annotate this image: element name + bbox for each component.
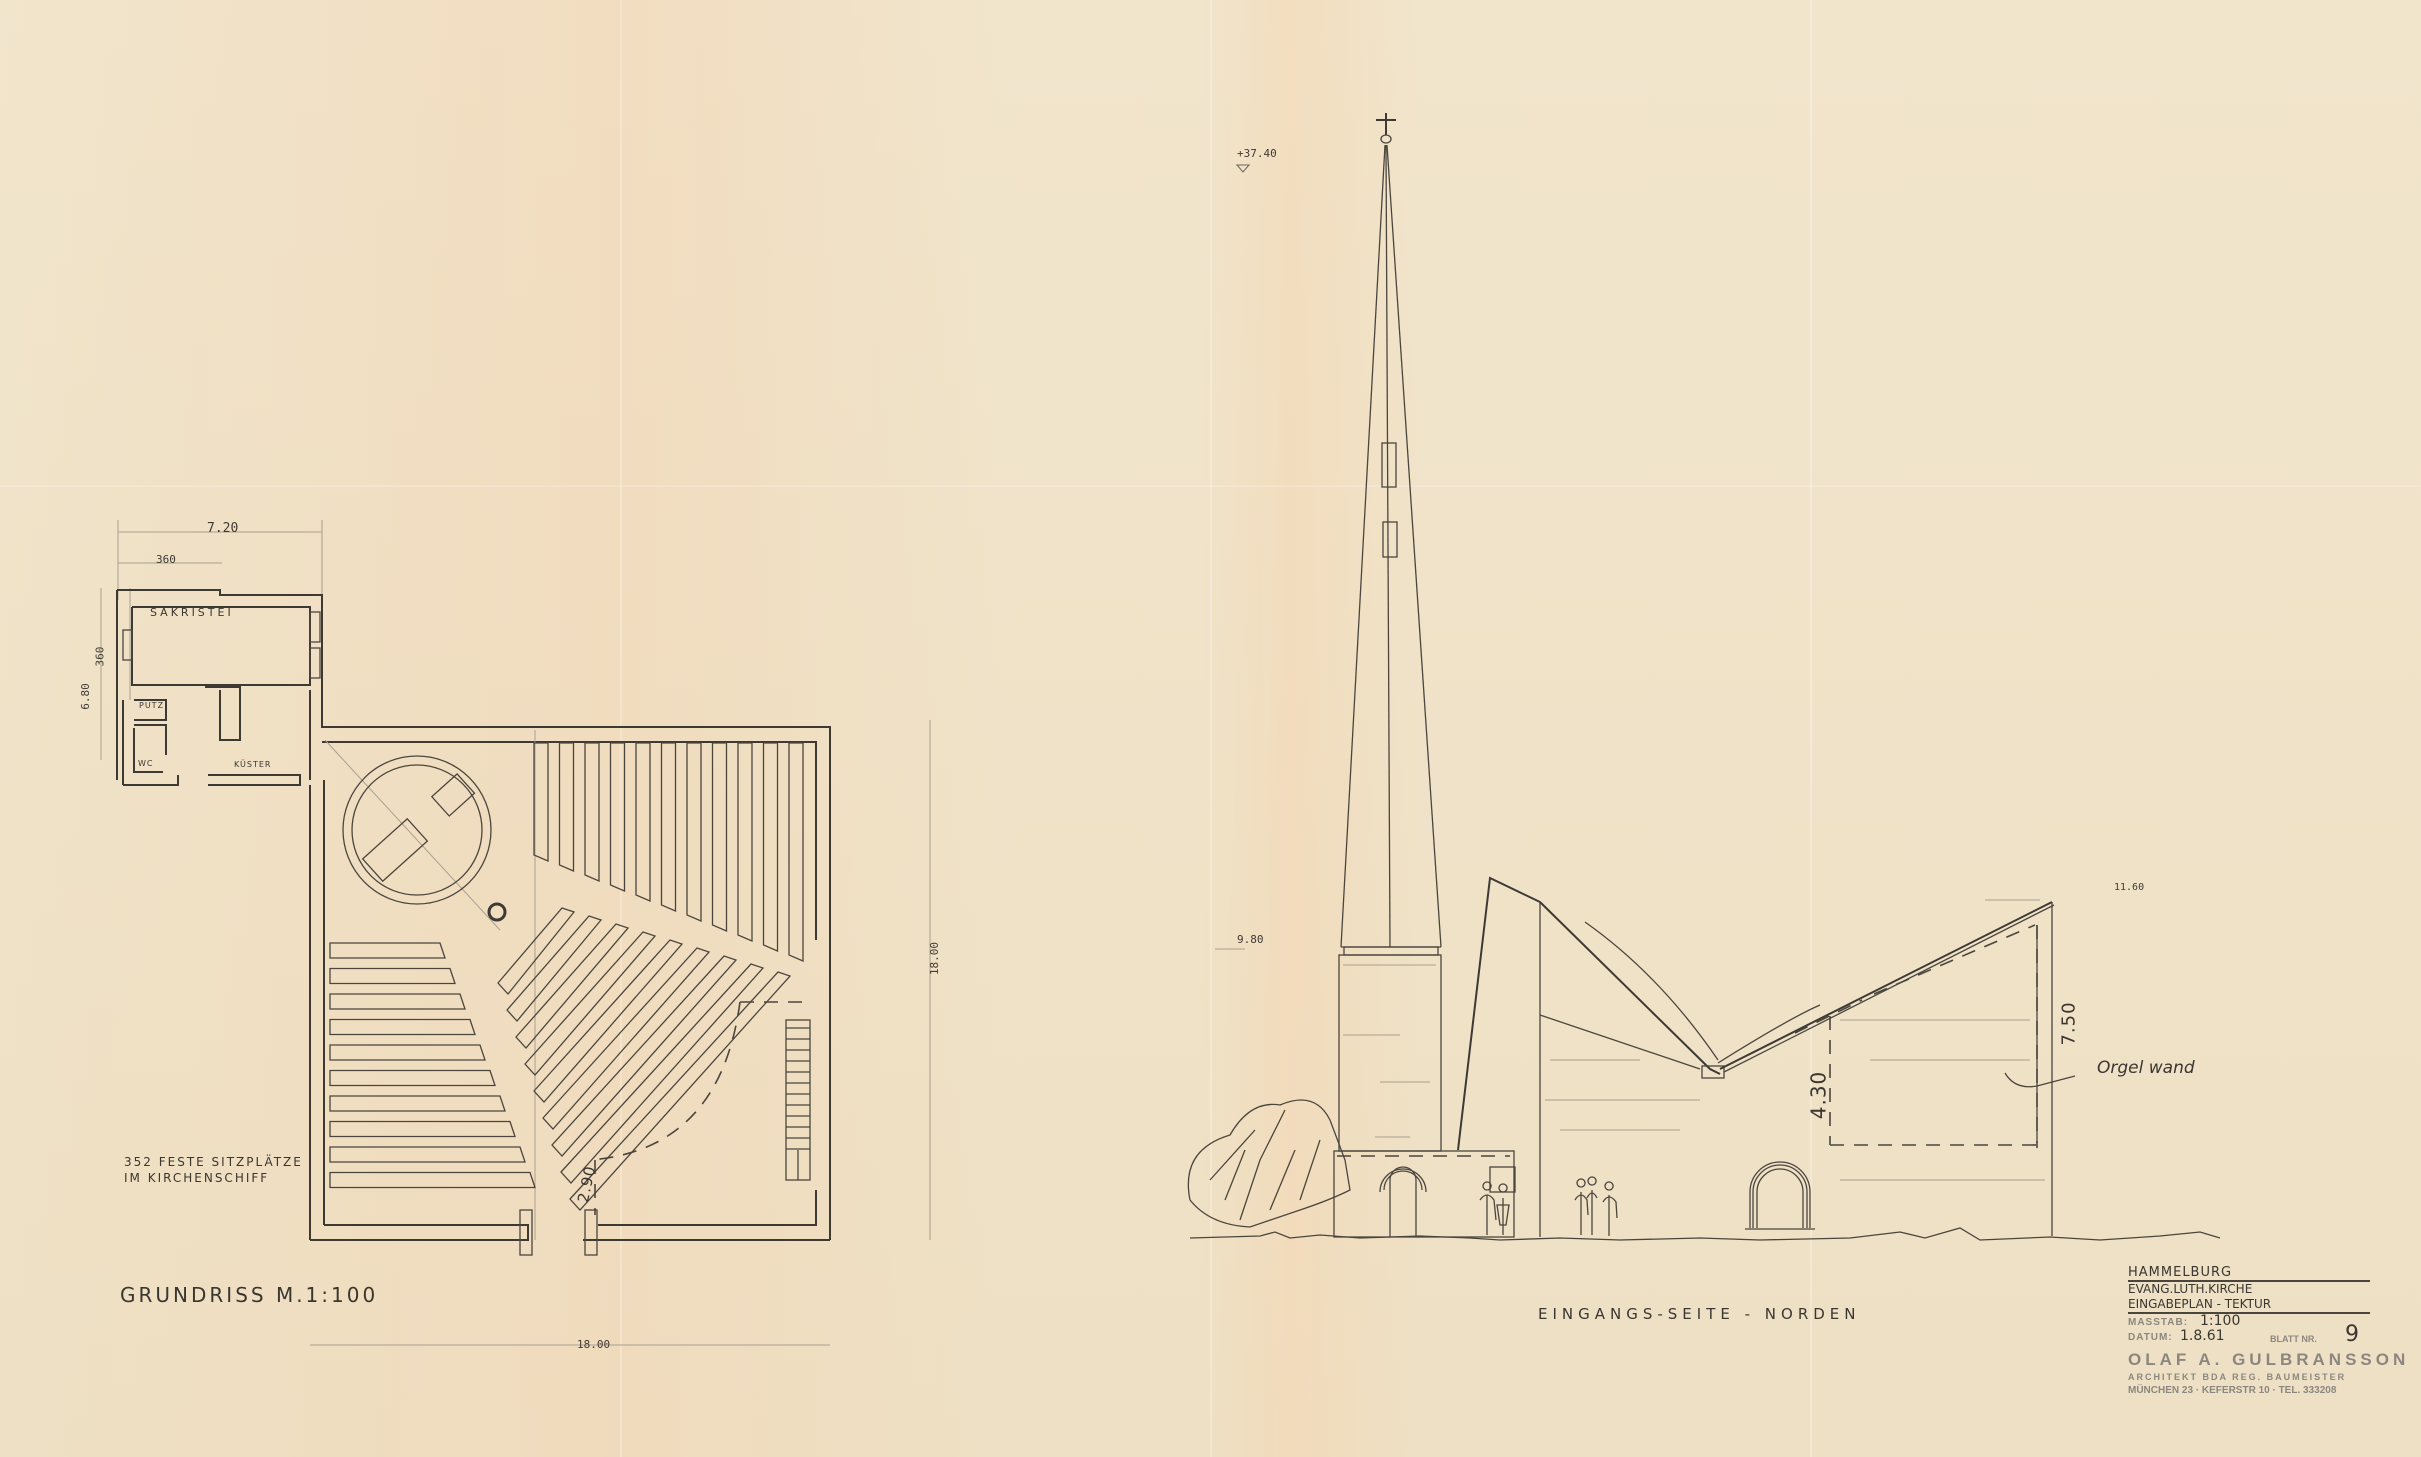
ground-line	[1190, 1228, 2220, 1240]
dim-upper-wall: 7.50	[2059, 1001, 2080, 1045]
date-value: 1.8.61	[2180, 1328, 2225, 1344]
date-label: DATUM:	[2128, 1332, 2173, 1343]
sheet-label: BLATT NR.	[2270, 1334, 2317, 1344]
level-tower-shaft: 9.80	[1237, 933, 1264, 946]
people-figures	[1480, 1177, 1617, 1236]
bell-tower	[1339, 955, 1441, 1151]
title-building: EVANG.LUTH.KIRCHE	[2128, 1282, 2252, 1296]
spire	[1341, 113, 1441, 955]
wedge-wall	[1458, 878, 1540, 1237]
level-roof-ridge: 11.60	[2114, 882, 2144, 893]
level-spire-top: +37.40	[1237, 147, 1277, 160]
dim-lower-wall: 4.30	[1806, 1071, 1830, 1120]
architect-title: ARCHITEKT BDA REG. BAUMEISTER	[2128, 1372, 2346, 1382]
drawing-sheet: 7.20 360 360 6.80 SAKRISTEI PUTZ WC KÜST…	[0, 0, 2421, 1457]
sheet-value: 9	[2345, 1322, 2359, 1347]
tree-sketch	[1188, 1100, 1350, 1227]
architect-address: MÜNCHEN 23 · KEFERSTR 10 · TEL. 333208	[2128, 1385, 2336, 1396]
architect-name: OLAF A. GULBRANSSON	[2128, 1350, 2409, 1370]
elevation-drawing	[0, 0, 2421, 1457]
entrance-wall	[1334, 1151, 1515, 1237]
elevation-title: EINGANGS-SEITE - NORDEN	[1538, 1305, 1861, 1323]
annotation-orgel-wand: Orgel wand	[2097, 1058, 2195, 1078]
nave-roof	[1540, 902, 2075, 1236]
level-markers	[1215, 165, 2040, 949]
scale-value: 1:100	[2200, 1313, 2240, 1329]
scale-label: MASSTAB:	[2128, 1317, 2188, 1328]
divider	[2128, 1312, 2370, 1314]
title-place: HAMMELBURG	[2128, 1265, 2232, 1280]
title-plan-type: EINGABEPLAN - TEKTUR	[2128, 1297, 2271, 1311]
